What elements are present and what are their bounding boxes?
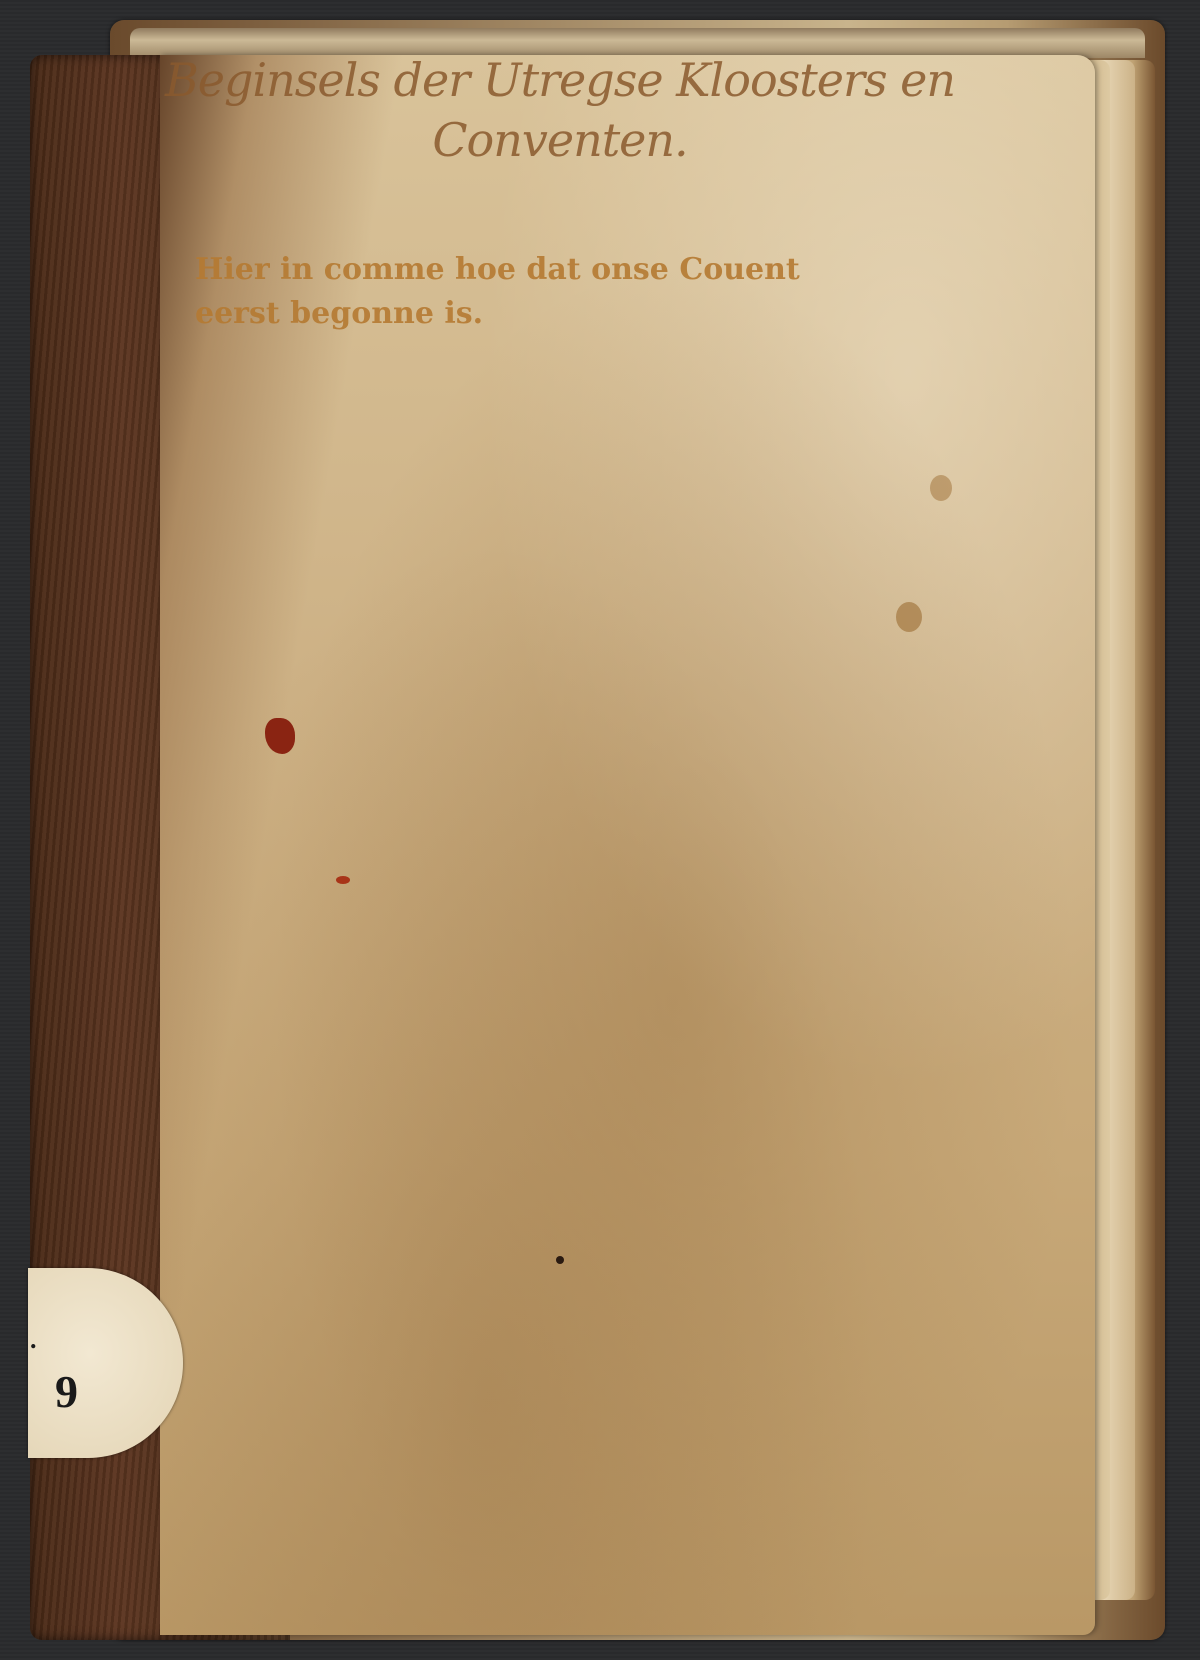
subtitle-line-1: Hier in comme hoe dat onse Couent [195, 248, 875, 292]
cover-subtitle: Hier in comme hoe dat onse Couent eerst … [195, 248, 875, 336]
water-stain [896, 602, 922, 632]
shelf-label-partial: . [30, 1325, 37, 1355]
shelf-label-number: 9 [55, 1365, 78, 1418]
subtitle-line-2: eerst begonne is. [195, 292, 875, 336]
title-line-2: Conventen. [150, 110, 970, 170]
title-line-1: Beginsels der Utregse Kloosters en [150, 50, 970, 110]
cover-title: Beginsels der Utregse Kloosters en Conve… [150, 50, 970, 170]
red-ink-spot [336, 876, 350, 884]
water-stain [930, 475, 952, 501]
ink-dot [556, 1256, 564, 1264]
